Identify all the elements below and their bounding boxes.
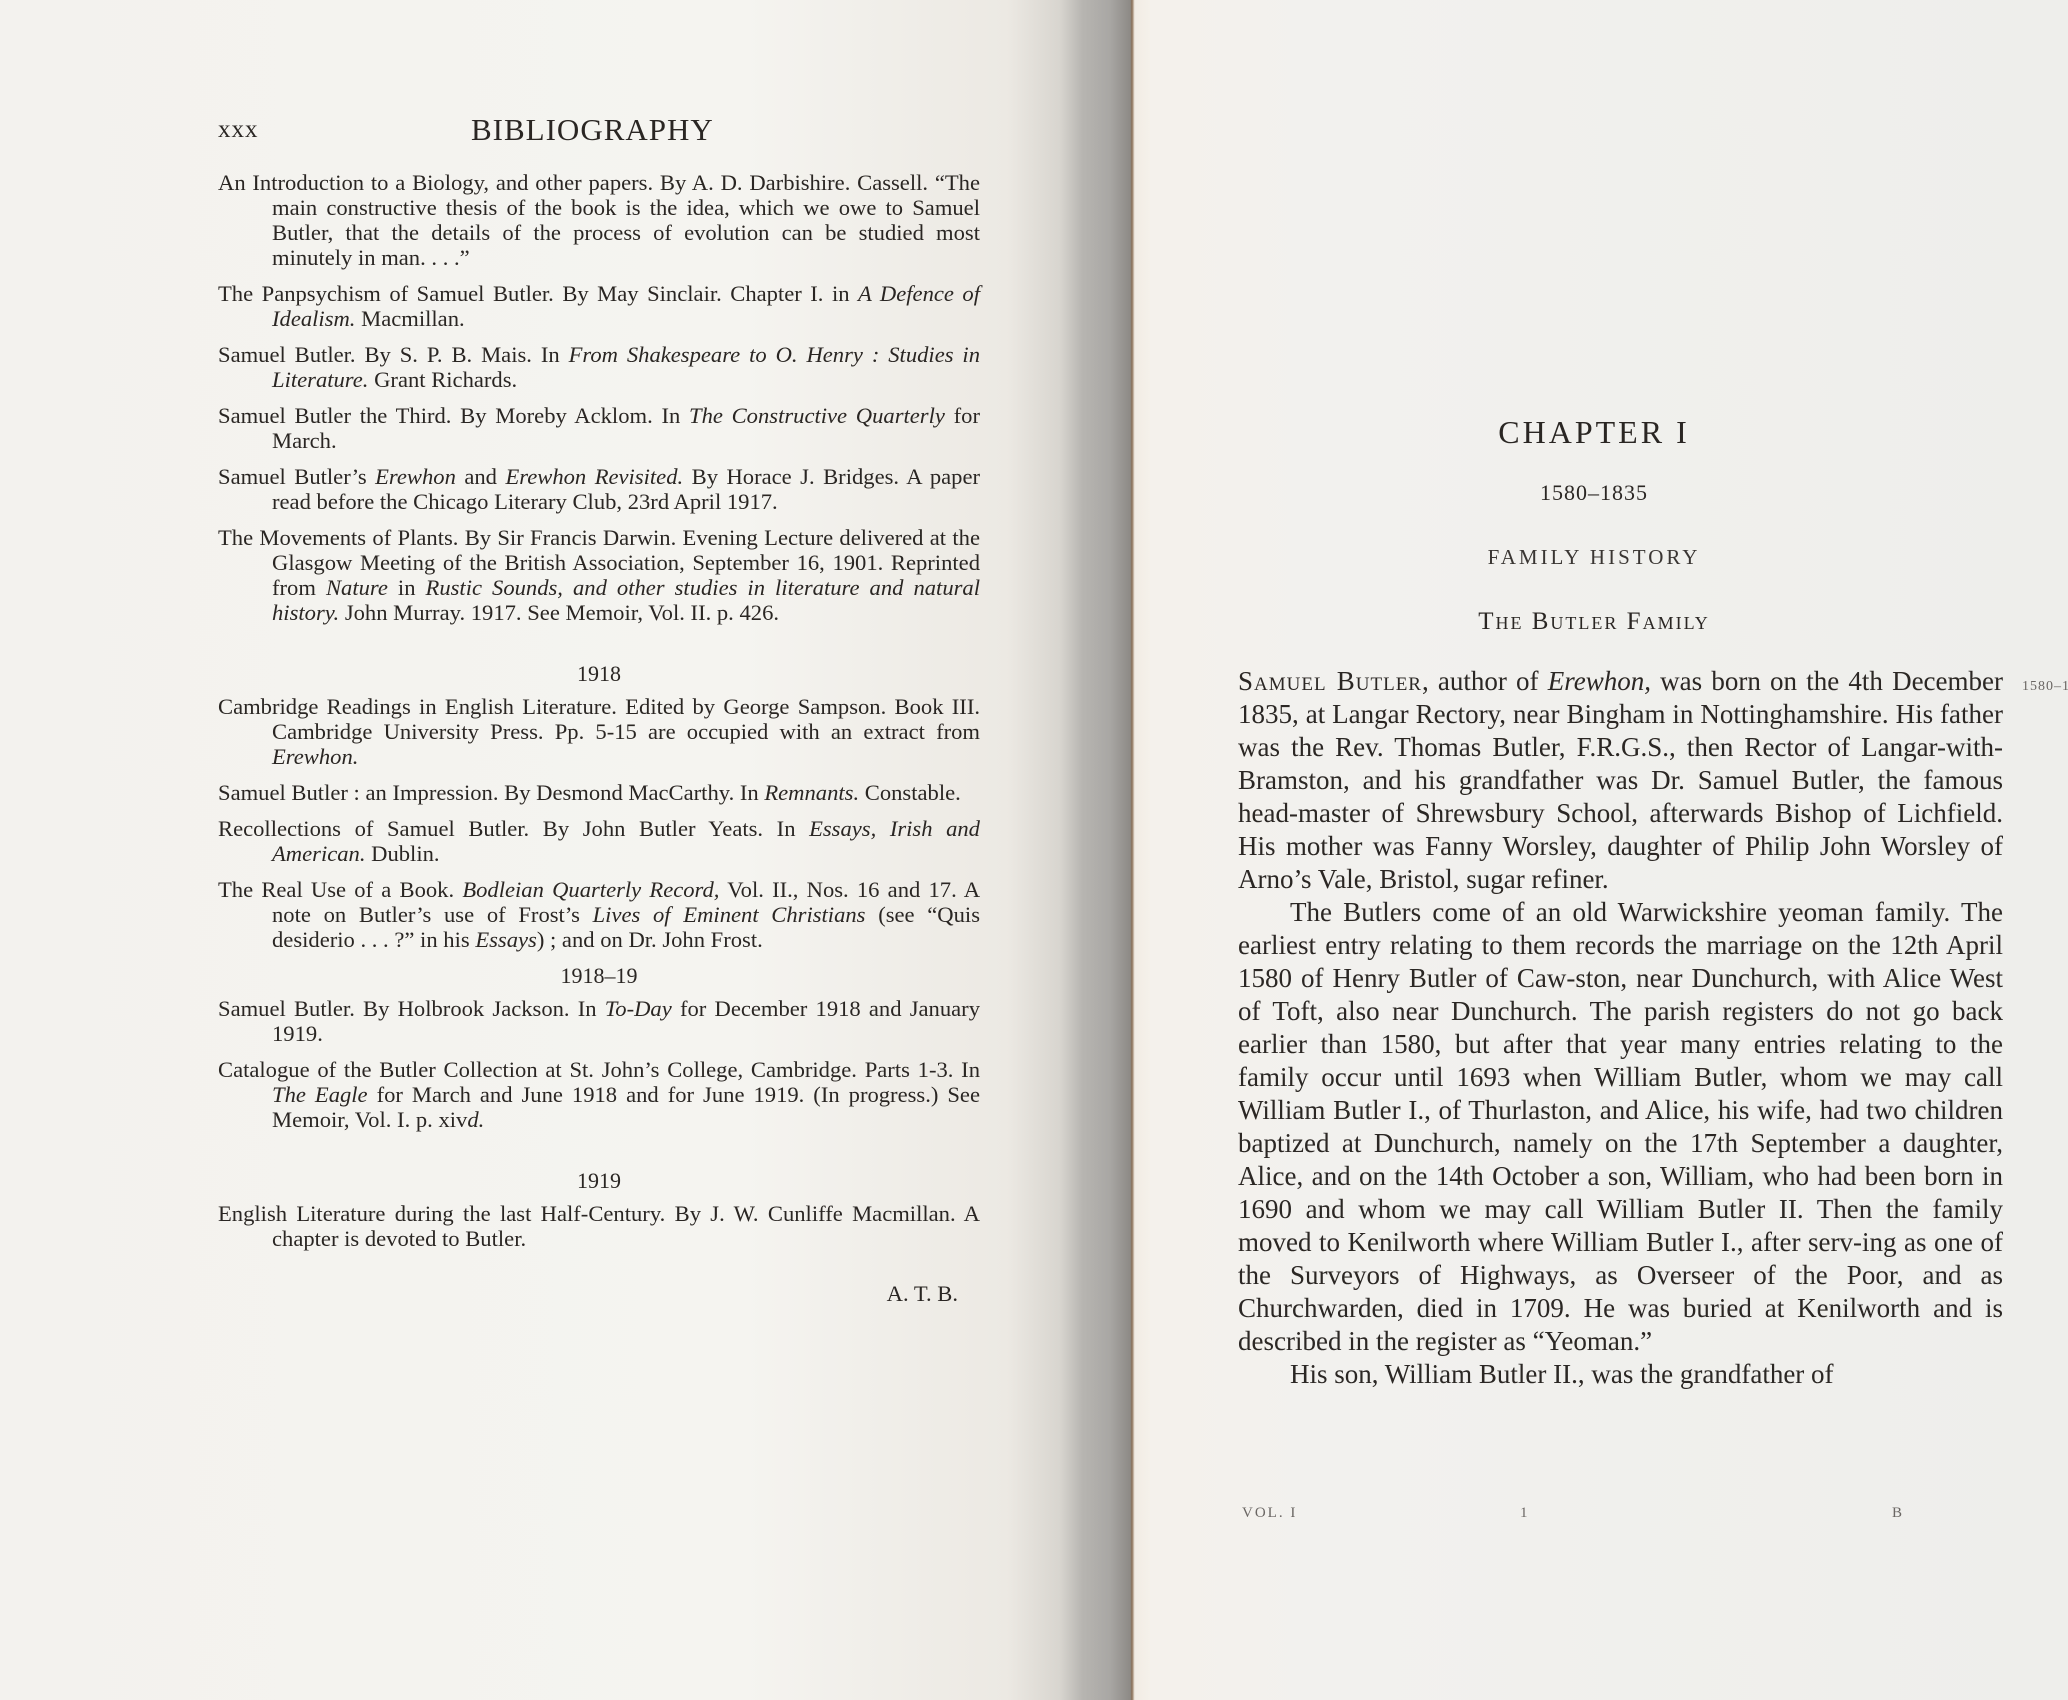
paragraph: His son, William Butler II., was the gra… (1238, 1358, 2003, 1391)
page-folio: xxx (218, 116, 259, 144)
page-footer: VOL. I 1 B (1242, 1505, 2002, 1529)
bibliography-entry: Samuel Butler : an Impression. By Desmon… (218, 780, 980, 805)
bibliography-entry: Samuel Butler the Third. By Moreby Acklo… (218, 403, 980, 453)
bibliography-entry: Samuel Butler. By S. P. B. Mais. In From… (218, 342, 980, 392)
signature-mark: B (1892, 1505, 1904, 1522)
bibliography-entry: The Real Use of a Book. Bodleian Quarter… (218, 877, 980, 952)
paragraph: The Butlers come of an old Warwickshire … (1238, 896, 2003, 1358)
running-head: xxx BIBLIOGRAPHY (218, 112, 978, 152)
book-gutter (1060, 0, 1150, 1700)
bibliography-list: An Introduction to a Biology, and other … (218, 170, 980, 1306)
year-heading-1918-19: 1918–19 (218, 963, 980, 988)
bibliography-entry: Cambridge Readings in English Literature… (218, 694, 980, 769)
right-page: CHAPTER I 1580–1835 FAMILY HISTORY The B… (1150, 0, 2068, 1700)
bibliography-entry: An Introduction to a Biology, and other … (218, 170, 980, 270)
margin-note: 1580–1835 (2022, 679, 2068, 695)
page-title: BIBLIOGRAPHY (471, 112, 714, 148)
chapter-subtitle: FAMILY HISTORY (1150, 545, 2038, 570)
year-heading-1918: 1918 (218, 661, 980, 686)
bibliography-entry: The Panpsychism of Samuel Butler. By May… (218, 281, 980, 331)
chapter-body: Samuel Butler, author of Erewhon, was bo… (1238, 665, 2003, 1391)
bibliography-entry: Samuel Butler. By Holbrook Jackson. In T… (218, 996, 980, 1046)
bibliography-entry: English Literature during the last Half-… (218, 1201, 980, 1251)
bibliography-entry: The Movements of Plants. By Sir Francis … (218, 525, 980, 625)
bibliography-entry: Recollections of Samuel Butler. By John … (218, 816, 980, 866)
section-title: The Butler Family (1150, 608, 2038, 636)
chapter-years: 1580–1835 (1150, 480, 2038, 506)
bibliography-entry: Catalogue of the Butler Collection at St… (218, 1057, 980, 1132)
chapter-title: CHAPTER I (1150, 414, 2038, 451)
volume-label: VOL. I (1242, 1505, 1297, 1522)
left-page: xxx BIBLIOGRAPHY An Introduction to a Bi… (0, 0, 1060, 1700)
year-heading-1919: 1919 (218, 1168, 980, 1193)
page-number: 1 (1520, 1505, 1530, 1522)
author-initials: A. T. B. (218, 1281, 980, 1306)
paragraph: Samuel Butler, author of Erewhon, was bo… (1238, 665, 2003, 896)
bibliography-entry: Samuel Butler’s Erewhon and Erewhon Revi… (218, 464, 980, 514)
book-spread: xxx BIBLIOGRAPHY An Introduction to a Bi… (0, 0, 2068, 1700)
